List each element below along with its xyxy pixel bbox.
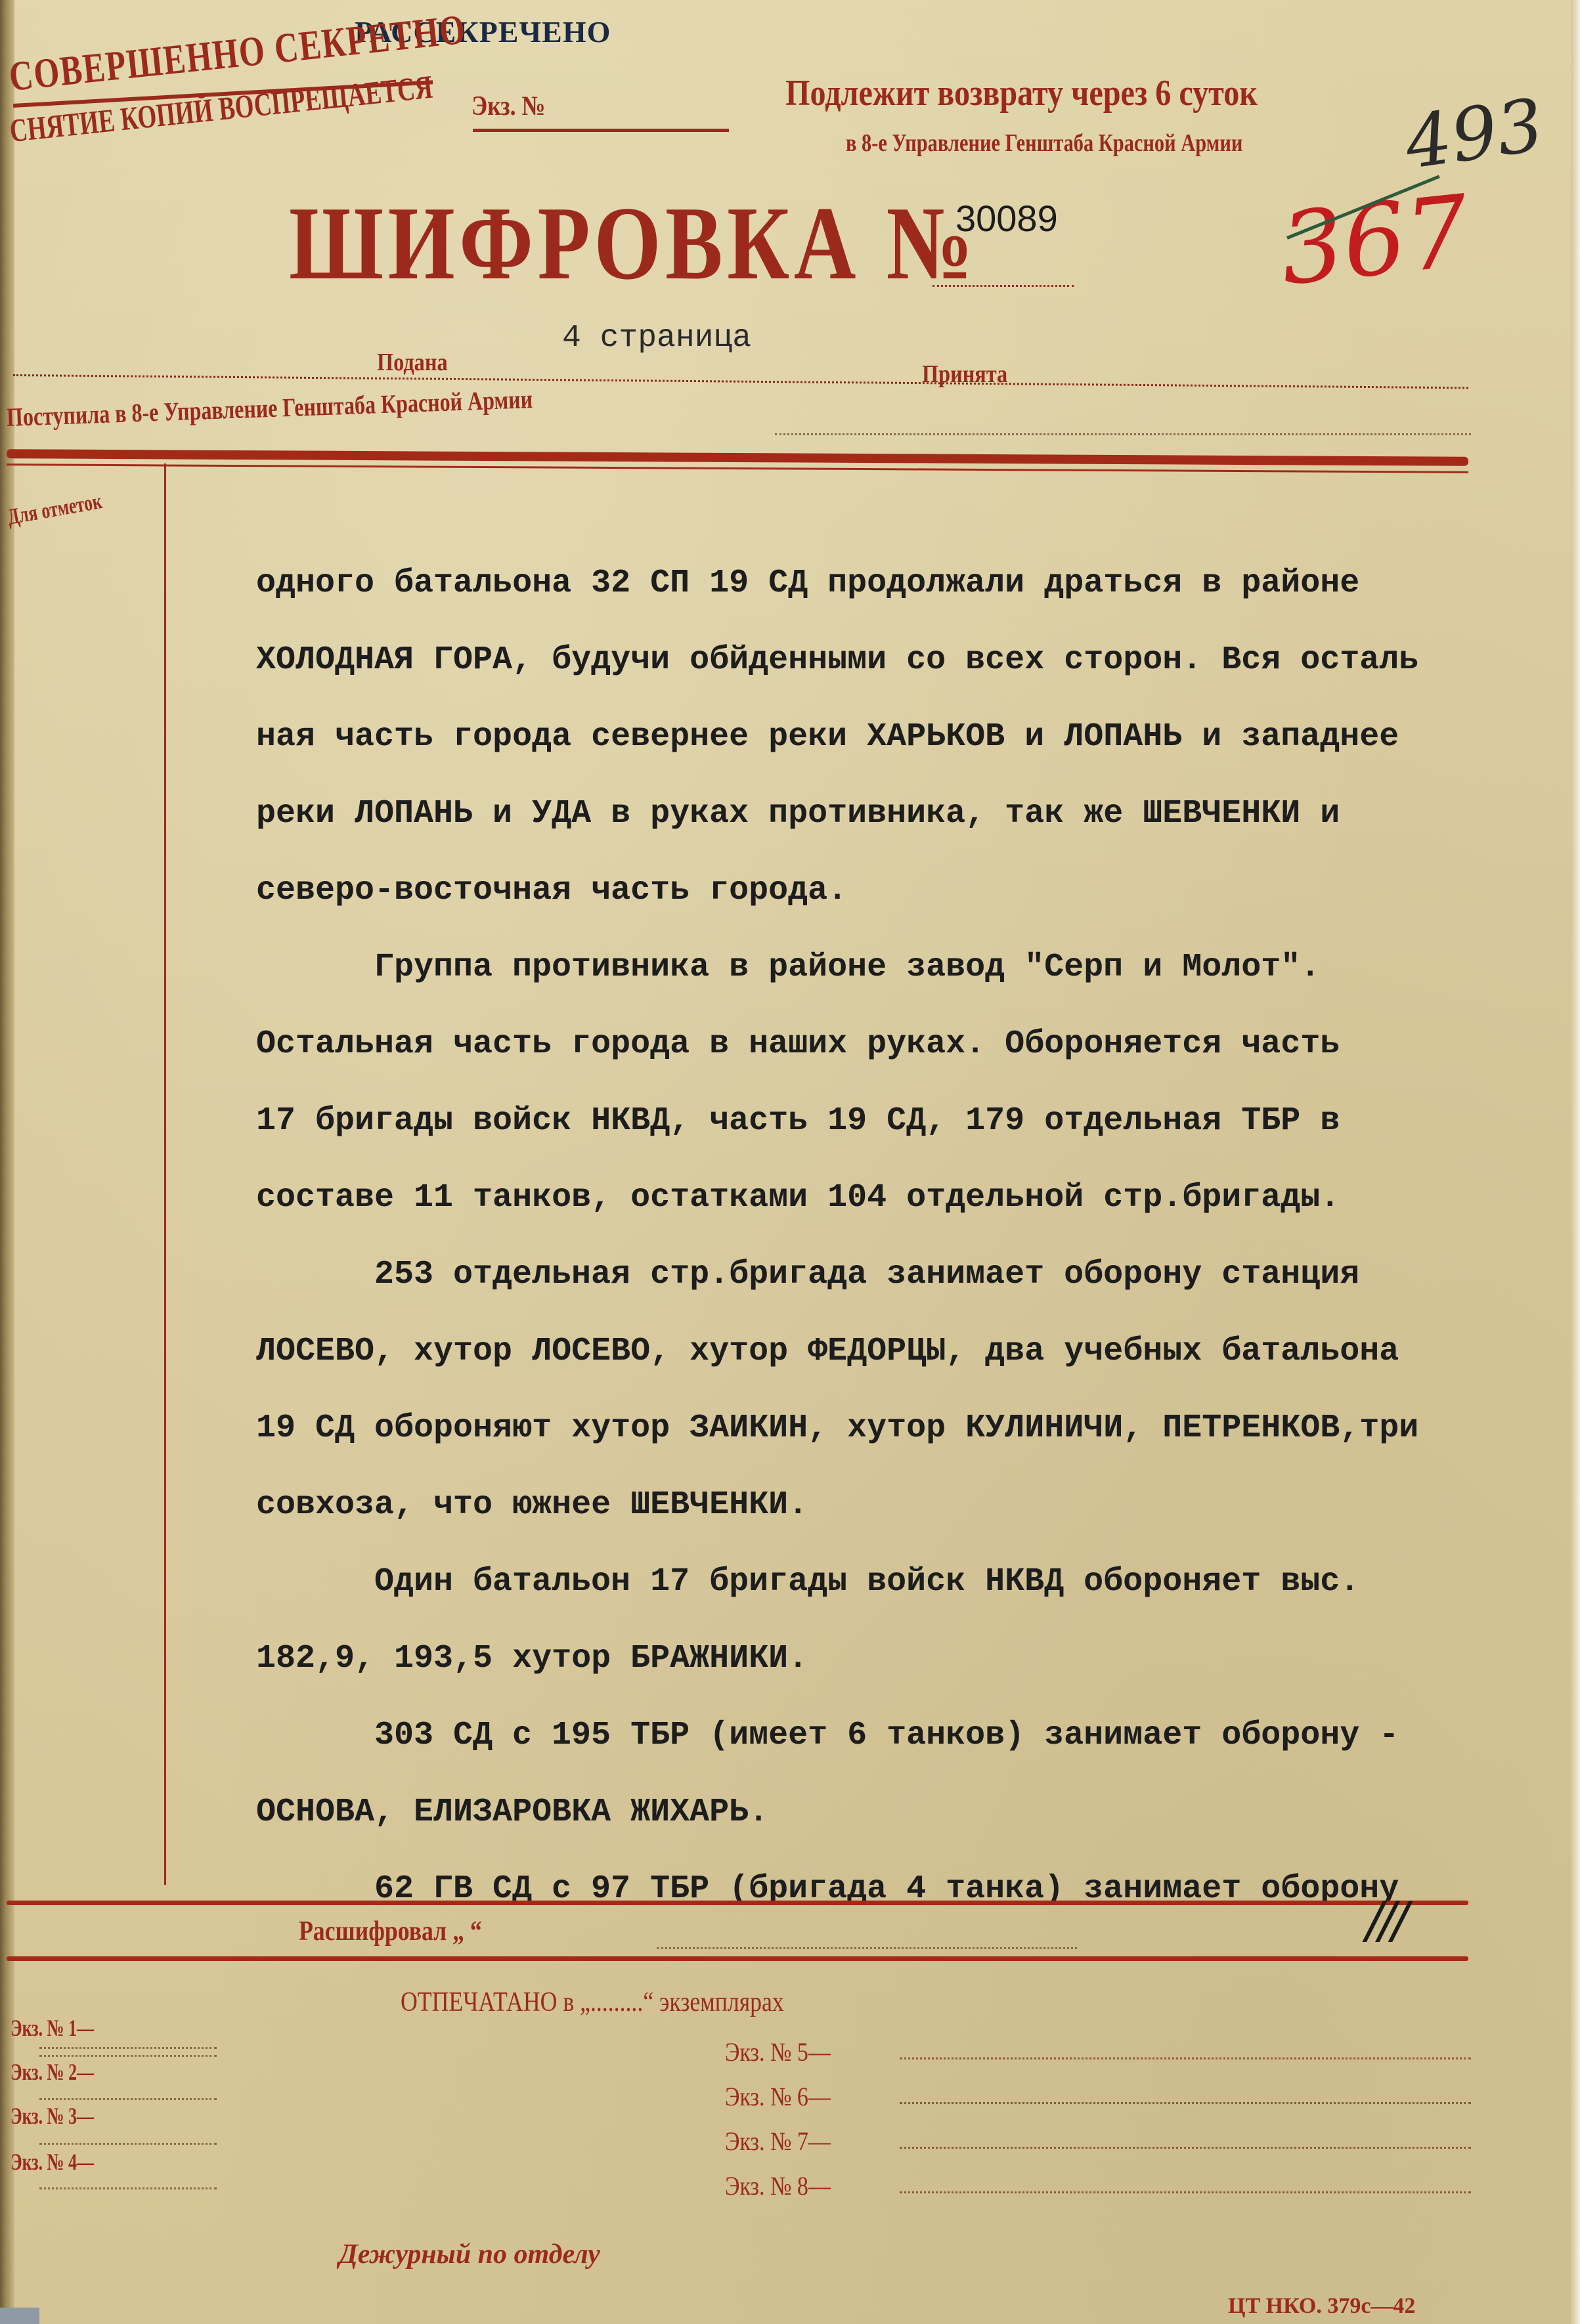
copy-number-underline [473,129,729,132]
body-line: северо-восточная часть города. [256,852,1563,929]
body-line: Один батальон 17 бригады войск НКВД обор… [256,1543,1563,1620]
footer-divider-bottom [7,1956,1468,1961]
handwritten-number-red: 367 [1275,175,1474,308]
copy-line-6: Экз. № 6— [725,2081,831,2112]
copy-line-3: Экз. № 3— [11,2102,94,2130]
received-dotted-line [775,433,1471,437]
body-line: 182,9, 193,5 хутор БРАЖНИКИ. [256,1620,1563,1697]
duty-officer-label: Дежурный по отделу [339,2239,600,2270]
decoded-by-dotted-line [657,1947,1077,1949]
header-divider-thick [7,449,1468,466]
body-line: ЛОСЕВО, хутор ЛОСЕВО, хутор ФЕДОРЦЫ, два… [256,1313,1563,1390]
body-line: Остальная часть города в наших руках. Об… [256,1006,1563,1083]
return-notice: Подлежит возврату через 6 суток [785,72,1258,114]
copy-1-dots [39,2047,217,2049]
handwritten-tally-mark: /// [1366,1891,1405,1949]
body-line: одного батальона 32 СП 19 СД продолжали … [256,545,1563,622]
copy-line-5: Экз. № 5— [725,2036,831,2067]
received-label: Поступила в 8-е Управление Генштаба Крас… [6,383,533,433]
copy-line-8: Экз. № 8— [725,2170,831,2201]
copy-3-dots [39,2143,217,2145]
margin-divider [164,463,166,1885]
body-line: 303 СД с 195 ТБР (имеет 6 танков) занима… [256,1697,1563,1774]
page-number-label: 4 страница [562,320,751,356]
copy-line-1: Экз. № 1— [11,2014,94,2042]
copy-4-dots [39,2187,217,2189]
cipher-number: 30089 [955,197,1058,240]
body-line: ная часть города севернее реки ХАРЬКОВ и… [256,699,1563,775]
handwritten-number-pencil: 493 [1400,83,1548,185]
copy-6-dots [900,2102,1471,2104]
body-line: ОСНОВА, ЕЛИЗАРОВКА ЖИХАРЬ. [256,1774,1563,1851]
background-corner [0,2308,39,2324]
copy-2-dots [39,2098,217,2100]
copy-number-label: Экз. № [472,91,545,122]
cipher-number-underline [933,285,1074,288]
body-line: реки ЛОПАНЬ и УДА в руках противника, та… [256,775,1563,852]
body-line: составе 11 танков, остатками 104 отдельн… [256,1159,1563,1236]
submitted-label: Подана [377,348,448,377]
decoded-by-label: Расшифровал „ “ [299,1916,482,1947]
document-page: РАССЕКРЕЧЕНО СОВЕРШЕННО СЕКРЕТНО СНЯТИЕ … [0,0,1580,2324]
body-line: Группа противника в районе завод "Серп и… [256,929,1563,1006]
binding-edge [0,0,14,2324]
notes-margin-label: Для отметок [6,489,104,530]
body-line: совхоза, что южнее ШЕВЧЕНКИ. [256,1467,1563,1543]
body-line: 19 СД обороняют хутор ЗАИКИН, хутор КУЛИ… [256,1390,1563,1467]
printed-copies-label: ОТПЕЧАТАНО в „.........“ экземплярах [401,1987,784,2018]
return-destination: в 8-е Управление Генштаба Красной Армии [846,129,1242,158]
copy-line-4: Экз. № 4— [11,2148,94,2176]
copy-line-7: Экз. № 7— [725,2126,831,2157]
body-line: 17 бригады войск НКВД, часть 19 СД, 179 … [256,1083,1563,1159]
copy-5-dots [900,2057,1471,2059]
header-divider-thin [7,463,1468,473]
telegram-body: одного батальона 32 СП 19 СД продолжали … [256,545,1563,1927]
copy-7-dots [900,2147,1471,2149]
page-edge [1571,0,1580,2324]
copy-line-2: Экз. № 2— [11,2058,94,2086]
submitted-dotted-line [13,374,1468,390]
print-code: ЦТ НКО. 379с—42 [1228,2294,1415,2319]
copy-line-1-dots [39,2055,217,2057]
body-line: ХОЛОДНАЯ ГОРА, будучи обйденными со всех… [256,622,1563,699]
footer-divider-top [7,1901,1468,1905]
document-title: ШИФРОВКА № [289,190,977,295]
body-line: 253 отдельная стр.бригада занимает оборо… [256,1236,1563,1313]
copy-8-dots [900,2191,1471,2193]
